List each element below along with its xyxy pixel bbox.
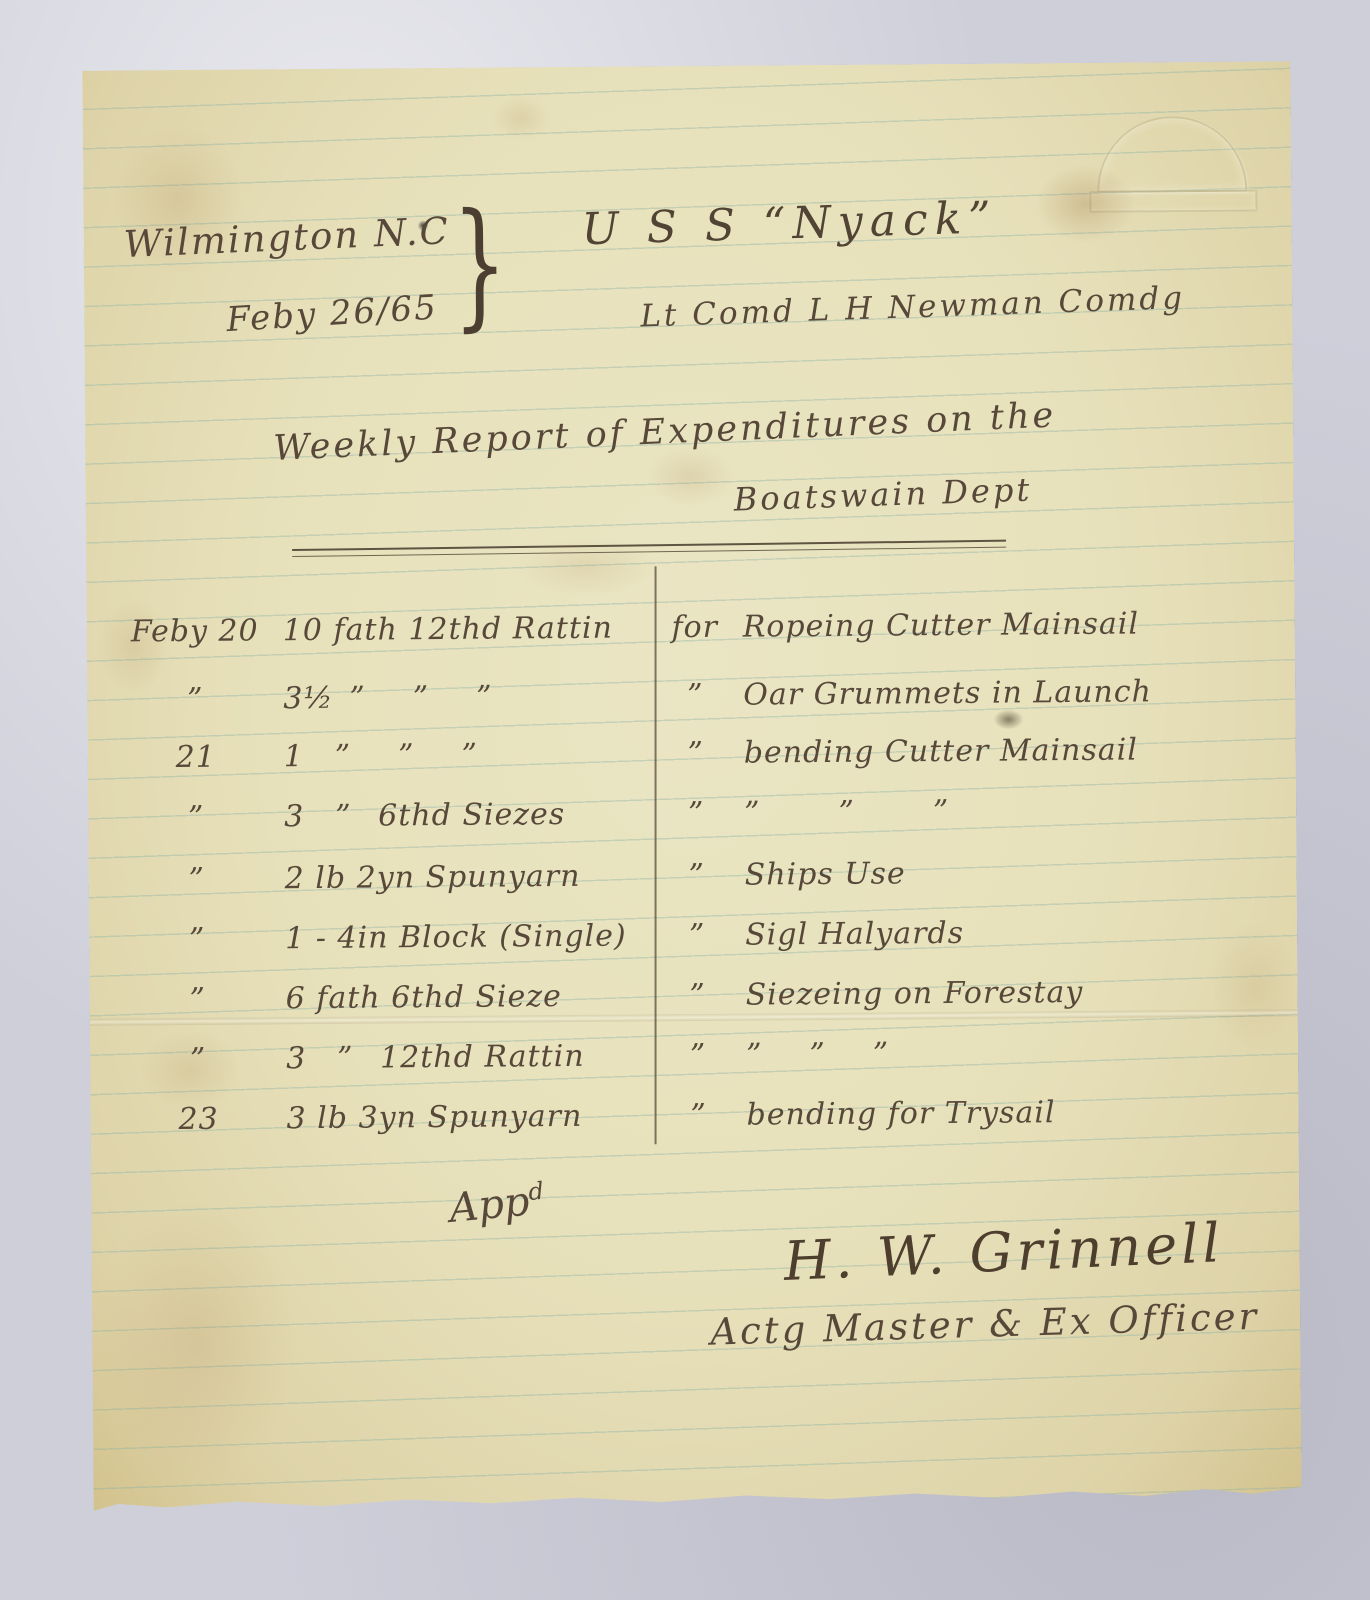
row-item: 3½ ” ” ” [283, 678, 713, 716]
foxing-stain [95, 1199, 297, 1481]
row-for-mark: for [665, 610, 725, 645]
table-row: Feby 20 10 fath 12thd Rattin for Ropeing… [87, 605, 1295, 670]
row-date: ” [118, 981, 278, 1017]
commander-line: Lt Comd L H Newman Comdg [640, 281, 1186, 335]
row-for-mark: ” [668, 1098, 728, 1133]
row-item: 6 fath 6thd Sieze [286, 978, 716, 1016]
report-title-line2: Boatswain Dept [733, 471, 1033, 518]
table-row: ” 6 fath 6thd Sieze ” Siezeing on Forest… [90, 973, 1298, 1038]
signature-role: Actg Master & Ex Officer [710, 1296, 1260, 1354]
row-item: 3 ” 6thd Siezes [284, 796, 714, 834]
foxing-stain [645, 446, 735, 507]
row-for-mark: ” [667, 918, 727, 953]
signature: H. W. Grinnell [783, 1212, 1225, 1293]
document-paper: Wilmington N.C } Feby 26/65 U S S “Nyack… [82, 61, 1301, 1510]
row-item: 3 ” 12thd Rattin [286, 1038, 716, 1076]
foxing-stain [491, 95, 551, 141]
table-row: ” 3½ ” ” ” ” Oar Grummets in Launch [87, 673, 1295, 738]
table-row: ” 1 - 4in Block (Single) ” Sigl Halyards [89, 913, 1297, 978]
row-for-mark: ” [666, 796, 726, 831]
table-row: 23 3 lb 3yn Spunyarn ” bending for Trysa… [90, 1093, 1298, 1158]
table-row: ” 2 lb 2yn Spunyarn ” Ships Use [89, 853, 1297, 918]
row-item: 1 ” ” ” [284, 736, 714, 774]
approval-note: Appd [447, 1177, 546, 1232]
row-item: 3 lb 3yn Spunyarn [286, 1098, 716, 1136]
foxing-stain [1035, 165, 1136, 244]
row-date: ” [117, 921, 277, 957]
row-purpose: Ships Use [745, 853, 1290, 892]
expenditure-table: Feby 20 10 fath 12thd Rattin for Ropeing… [82, 61, 1290, 70]
row-purpose: Oar Grummets in Launch [743, 673, 1288, 712]
table-row: 21 1 ” ” ” ” bending Cutter Mainsail [88, 731, 1296, 796]
row-purpose: Ropeing Cutter Mainsail [743, 605, 1288, 644]
row-for-mark: ” [666, 736, 726, 771]
row-item: 1 - 4in Block (Single) [285, 918, 715, 956]
row-purpose: bending for Trysail [746, 1093, 1291, 1132]
row-item: 2 lb 2yn Spunyarn [285, 858, 715, 896]
approval-word: App [447, 1179, 531, 1232]
dateline-date: Feby 26/65 [225, 288, 439, 340]
row-date: Feby 20 [115, 613, 275, 649]
row-for-mark: ” [668, 978, 728, 1013]
dateline-brace: } [452, 195, 508, 333]
row-date: ” [118, 1041, 278, 1077]
row-purpose: bending Cutter Mainsail [744, 731, 1289, 770]
row-purpose: Sigl Halyards [745, 913, 1290, 952]
row-date: ” [115, 681, 275, 717]
row-purpose: ” ” ” [746, 1033, 1291, 1072]
row-purpose: Siezeing on Forestay [746, 973, 1291, 1012]
row-date: ” [116, 799, 276, 835]
row-for-mark: ” [667, 858, 727, 893]
table-row: ” 3 ” 6thd Siezes ” ” ” ” [88, 791, 1296, 856]
row-date: ” [117, 861, 277, 897]
approval-superscript: d [527, 1177, 545, 1206]
ship-name-line: U S S “Nyack” [581, 193, 999, 256]
row-date: 21 [116, 739, 276, 775]
row-for-mark: ” [665, 678, 725, 713]
row-purpose: ” ” ” [744, 791, 1289, 830]
row-date: 23 [118, 1101, 278, 1137]
row-item: 10 fath 12thd Rattin [283, 610, 713, 648]
row-for-mark: ” [668, 1038, 728, 1073]
table-row: ” 3 ” 12thd Rattin ” ” ” ” [90, 1033, 1298, 1098]
